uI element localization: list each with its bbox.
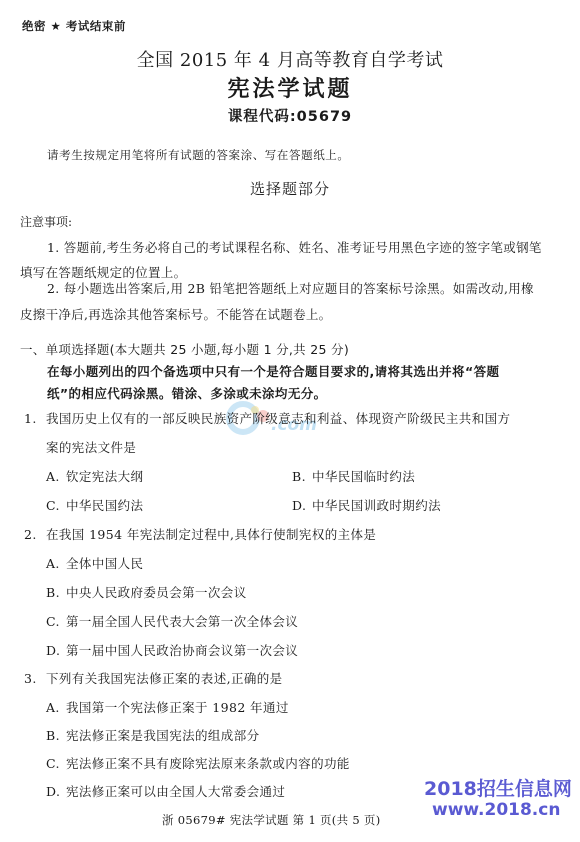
notice-item-2-cont: 皮擦干净后,再选涂其他答案标号。不能答在试题卷上。 [20, 305, 331, 323]
q3-option-b: B.宪法修正案是我国宪法的组成部分 [46, 726, 260, 744]
question-number: 3. [24, 671, 46, 686]
question-number: 2. [24, 527, 46, 542]
question-stem: 下列有关我国宪法修正案的表述,正确的是 [46, 671, 283, 686]
notice-heading: 注意事项: [20, 213, 72, 230]
subject-title: 宪法学试题 [0, 72, 580, 103]
q2-option-b: B.中央人民政府委员会第一次会议 [46, 583, 247, 601]
page-footer: 浙 05679# 宪法学试题 第 1 页(共 5 页) [162, 812, 381, 828]
q2-option-c: C.第一届全国人民代表大会第一次全体会议 [46, 612, 298, 630]
q1-option-d: D.中华民国训政时期约法 [292, 496, 441, 514]
q2-option-d: D.第一届中国人民政治协商会议第一次会议 [46, 641, 298, 659]
question-1-stem-cont: 案的宪法文件是 [46, 438, 136, 456]
question-1: 1.我国历史上仅有的一部反映民族资产阶级意志和利益、体现资产阶级民主共和国方 [24, 409, 510, 427]
exam-title: 全国 2015 年 4 月高等教育自学考试 [0, 46, 580, 72]
question-3: 3.下列有关我国宪法修正案的表述,正确的是 [24, 669, 283, 687]
notice-item-1: 1. 答题前,考生务必将自己的考试课程名称、姓名、准考证号用黑色字迹的签字笔或钢… [47, 238, 542, 256]
q3-option-c: C.宪法修正案不具有废除宪法原来条款或内容的功能 [46, 754, 350, 772]
question-stem: 在我国 1954 年宪法制定过程中,具体行使制宪权的主体是 [46, 527, 376, 542]
q3-option-d: D.宪法修正案可以由全国人大常委会通过 [46, 782, 285, 800]
part-one-desc: 在每小题列出的四个备选项中只有一个是符合题目要求的,请将其选出并将“答题 [47, 362, 499, 380]
course-code: 课程代码:05679 [0, 105, 580, 126]
watermark-site-url: www.2018.cn [432, 800, 560, 820]
q1-option-b: B.中华民国临时约法 [292, 467, 415, 485]
question-number: 1. [24, 411, 46, 426]
q1-option-a: A.钦定宪法大纲 [46, 467, 143, 485]
notice-item-2: 2. 每小题选出答案后,用 2B 铅笔把答题纸上对应题目的答案标号涂黑。如需改动… [47, 279, 534, 297]
part-one-title: 一、单项选择题(本大题共 25 小题,每小题 1 分,共 25 分) [20, 340, 349, 358]
q2-option-a: A.全体中国人民 [46, 554, 143, 572]
question-stem: 我国历史上仅有的一部反映民族资产阶级意志和利益、体现资产阶级民主共和国方 [46, 411, 510, 426]
section-title: 选择题部分 [0, 178, 580, 199]
watermark-site-name: 2018招生信息网 [424, 774, 572, 801]
answer-instruction: 请考生按规定用笔将所有试题的答案涂、写在答题纸上。 [47, 147, 350, 163]
question-2: 2.在我国 1954 年宪法制定过程中,具体行使制宪权的主体是 [24, 525, 376, 543]
part-one-desc-cont: 纸”的相应代码涂黑。错涂、多涂或未涂均无分。 [47, 384, 327, 402]
q1-option-c: C.中华民国约法 [46, 496, 143, 514]
confidential-label: 绝密 ★ 考试结束前 [22, 18, 126, 34]
q3-option-a: A.我国第一个宪法修正案于 1982 年通过 [46, 698, 289, 716]
